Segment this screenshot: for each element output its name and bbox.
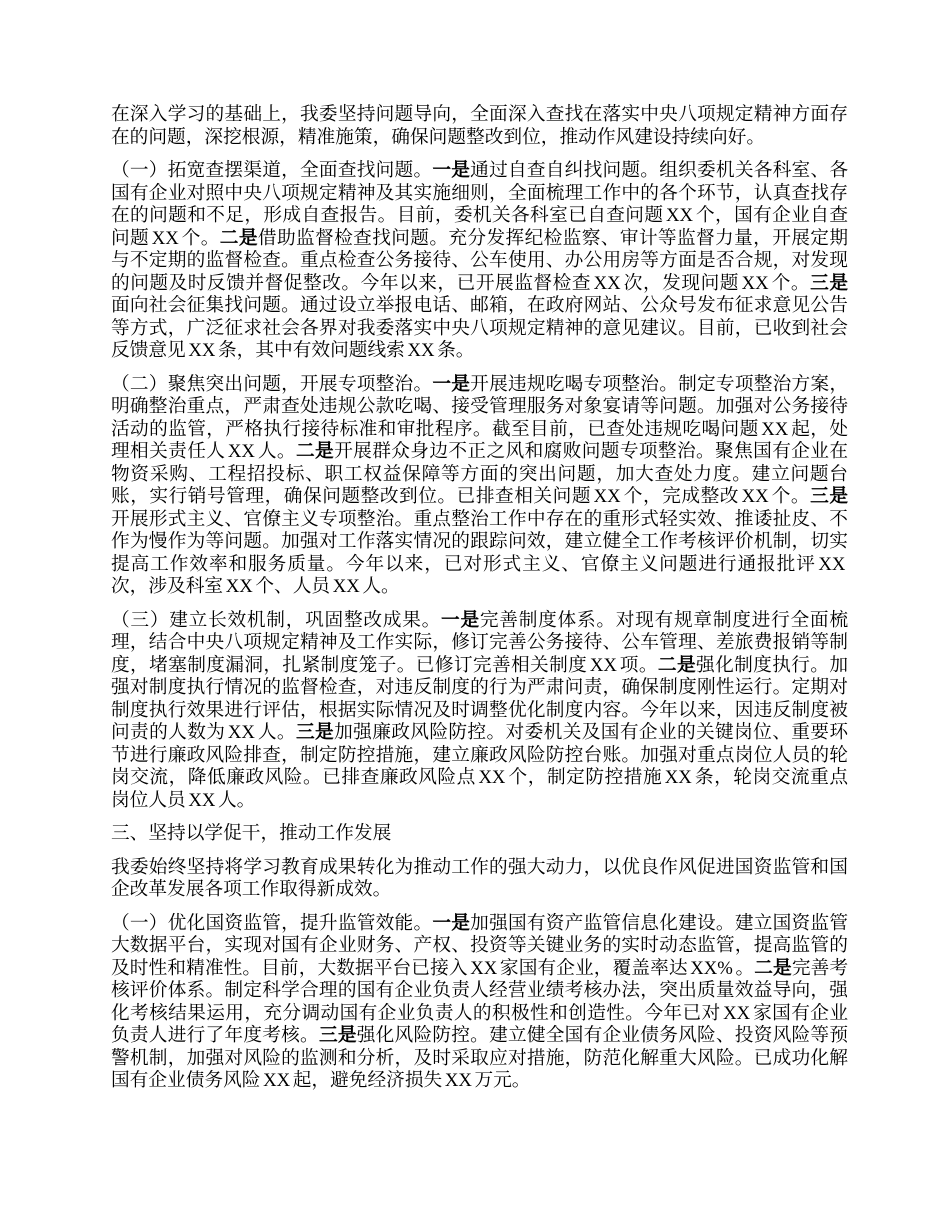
bold-run-in-marker: 二是	[296, 441, 334, 462]
placeholder-value: XX	[594, 273, 621, 294]
placeholder-value: XX	[333, 576, 360, 597]
placeholder-value: XX	[665, 767, 692, 788]
bold-run-in-marker: 三是	[810, 273, 848, 294]
bold-run-in-marker: 一是	[441, 610, 480, 631]
section-heading: 三、坚持以学促干，推动工作发展	[111, 823, 848, 846]
paragraph: （二）聚焦突出问题，开展专项整治。一是开展违规吃喝专项整治。制定专项整治方案，明…	[111, 374, 848, 599]
document-page: 在深入学习的基础上，我委坚持问题导向，全面深入查找在落实中央八项规定精神方面存在…	[0, 0, 950, 1230]
text-run: 开展形式主义、官僚主义专项整治。重点整治工作中存在的重形式轻实效、推诿扯皮、不作…	[111, 509, 848, 598]
bold-run-in-marker: 三是	[319, 1025, 357, 1046]
text-run: （一）优化国资监管，提升监管效能。	[111, 913, 432, 934]
placeholder-value: XX	[228, 722, 255, 743]
text-run: （三）建立长效机制，巩固整改成果。	[111, 610, 441, 631]
bold-run-in-marker: 二是	[220, 228, 258, 249]
placeholder-value: XX	[407, 340, 434, 361]
placeholder-value: XX	[188, 340, 215, 361]
text-run: 我委始终坚持将学习教育成果转化为推动工作的强大动力，以优良作风促进国资监管和国企…	[111, 857, 848, 901]
bold-run-in-marker: 三是	[296, 722, 334, 743]
placeholder-value: XX	[263, 1070, 290, 1091]
text-run: （二）聚焦突出问题，开展专项整治。	[111, 374, 432, 395]
paragraph: （一）优化国资监管，提升监管效能。一是加强国有资产监管信息化建设。建立国资监管大…	[111, 913, 848, 1093]
document-body: 在深入学习的基础上，我委坚持问题导向，全面深入查找在落实中央八项规定精神方面存在…	[111, 104, 848, 1104]
placeholder-value: XX	[742, 486, 769, 507]
placeholder-value: XX	[666, 205, 693, 226]
placeholder-value: XX	[594, 486, 621, 507]
paragraph: （三）建立长效机制，巩固整改成果。一是完善制度体系。对现有规章制度进行全面梳理，…	[111, 610, 848, 813]
text-run: 三、坚持以学促干，推动工作发展	[111, 823, 391, 844]
placeholder-value: XX	[478, 767, 505, 788]
placeholder-value: XX	[228, 441, 255, 462]
placeholder-value: XX	[445, 1070, 472, 1091]
placeholder-value: XX	[818, 554, 845, 575]
placeholder-value: XX	[723, 1003, 750, 1024]
bold-run-in-marker: 一是	[432, 160, 470, 181]
placeholder-value: XX	[226, 576, 253, 597]
paragraph: （一）拓宽查摆渠道，全面查找问题。一是通过自查自纠找问题。组织委机关各科室、各国…	[111, 160, 848, 363]
paragraph: 在深入学习的基础上，我委坚持问题导向，全面深入查找在落实中央八项规定精神方面存在…	[111, 104, 848, 149]
placeholder-value: XX	[590, 655, 617, 676]
paragraph: 我委始终坚持将学习教育成果转化为推动工作的强大动力，以优良作风促进国资监管和国企…	[111, 857, 848, 902]
placeholder-value: XX%	[690, 958, 733, 979]
bold-run-in-marker: 二是	[658, 655, 696, 676]
placeholder-value: XX	[470, 958, 497, 979]
bold-run-in-marker: 一是	[432, 374, 470, 395]
text-run: 面向社会征集找问题。通过设立举报电话、邮箱，在政府网站、公众号发布征求意见公告等…	[111, 295, 848, 361]
placeholder-value: XX	[188, 790, 215, 811]
text-run: 在深入学习的基础上，我委坚持问题导向，全面深入查找在落实中央八项规定精神方面存在…	[111, 104, 848, 148]
bold-run-in-marker: 二是	[754, 958, 792, 979]
bold-run-in-marker: 三是	[810, 486, 848, 507]
placeholder-value: XX	[152, 228, 179, 249]
placeholder-value: XX	[742, 273, 769, 294]
bold-run-in-marker: 一是	[432, 913, 470, 934]
text-run: （一）拓宽查摆渠道，全面查找问题。	[111, 160, 432, 181]
placeholder-value: XX	[761, 419, 788, 440]
